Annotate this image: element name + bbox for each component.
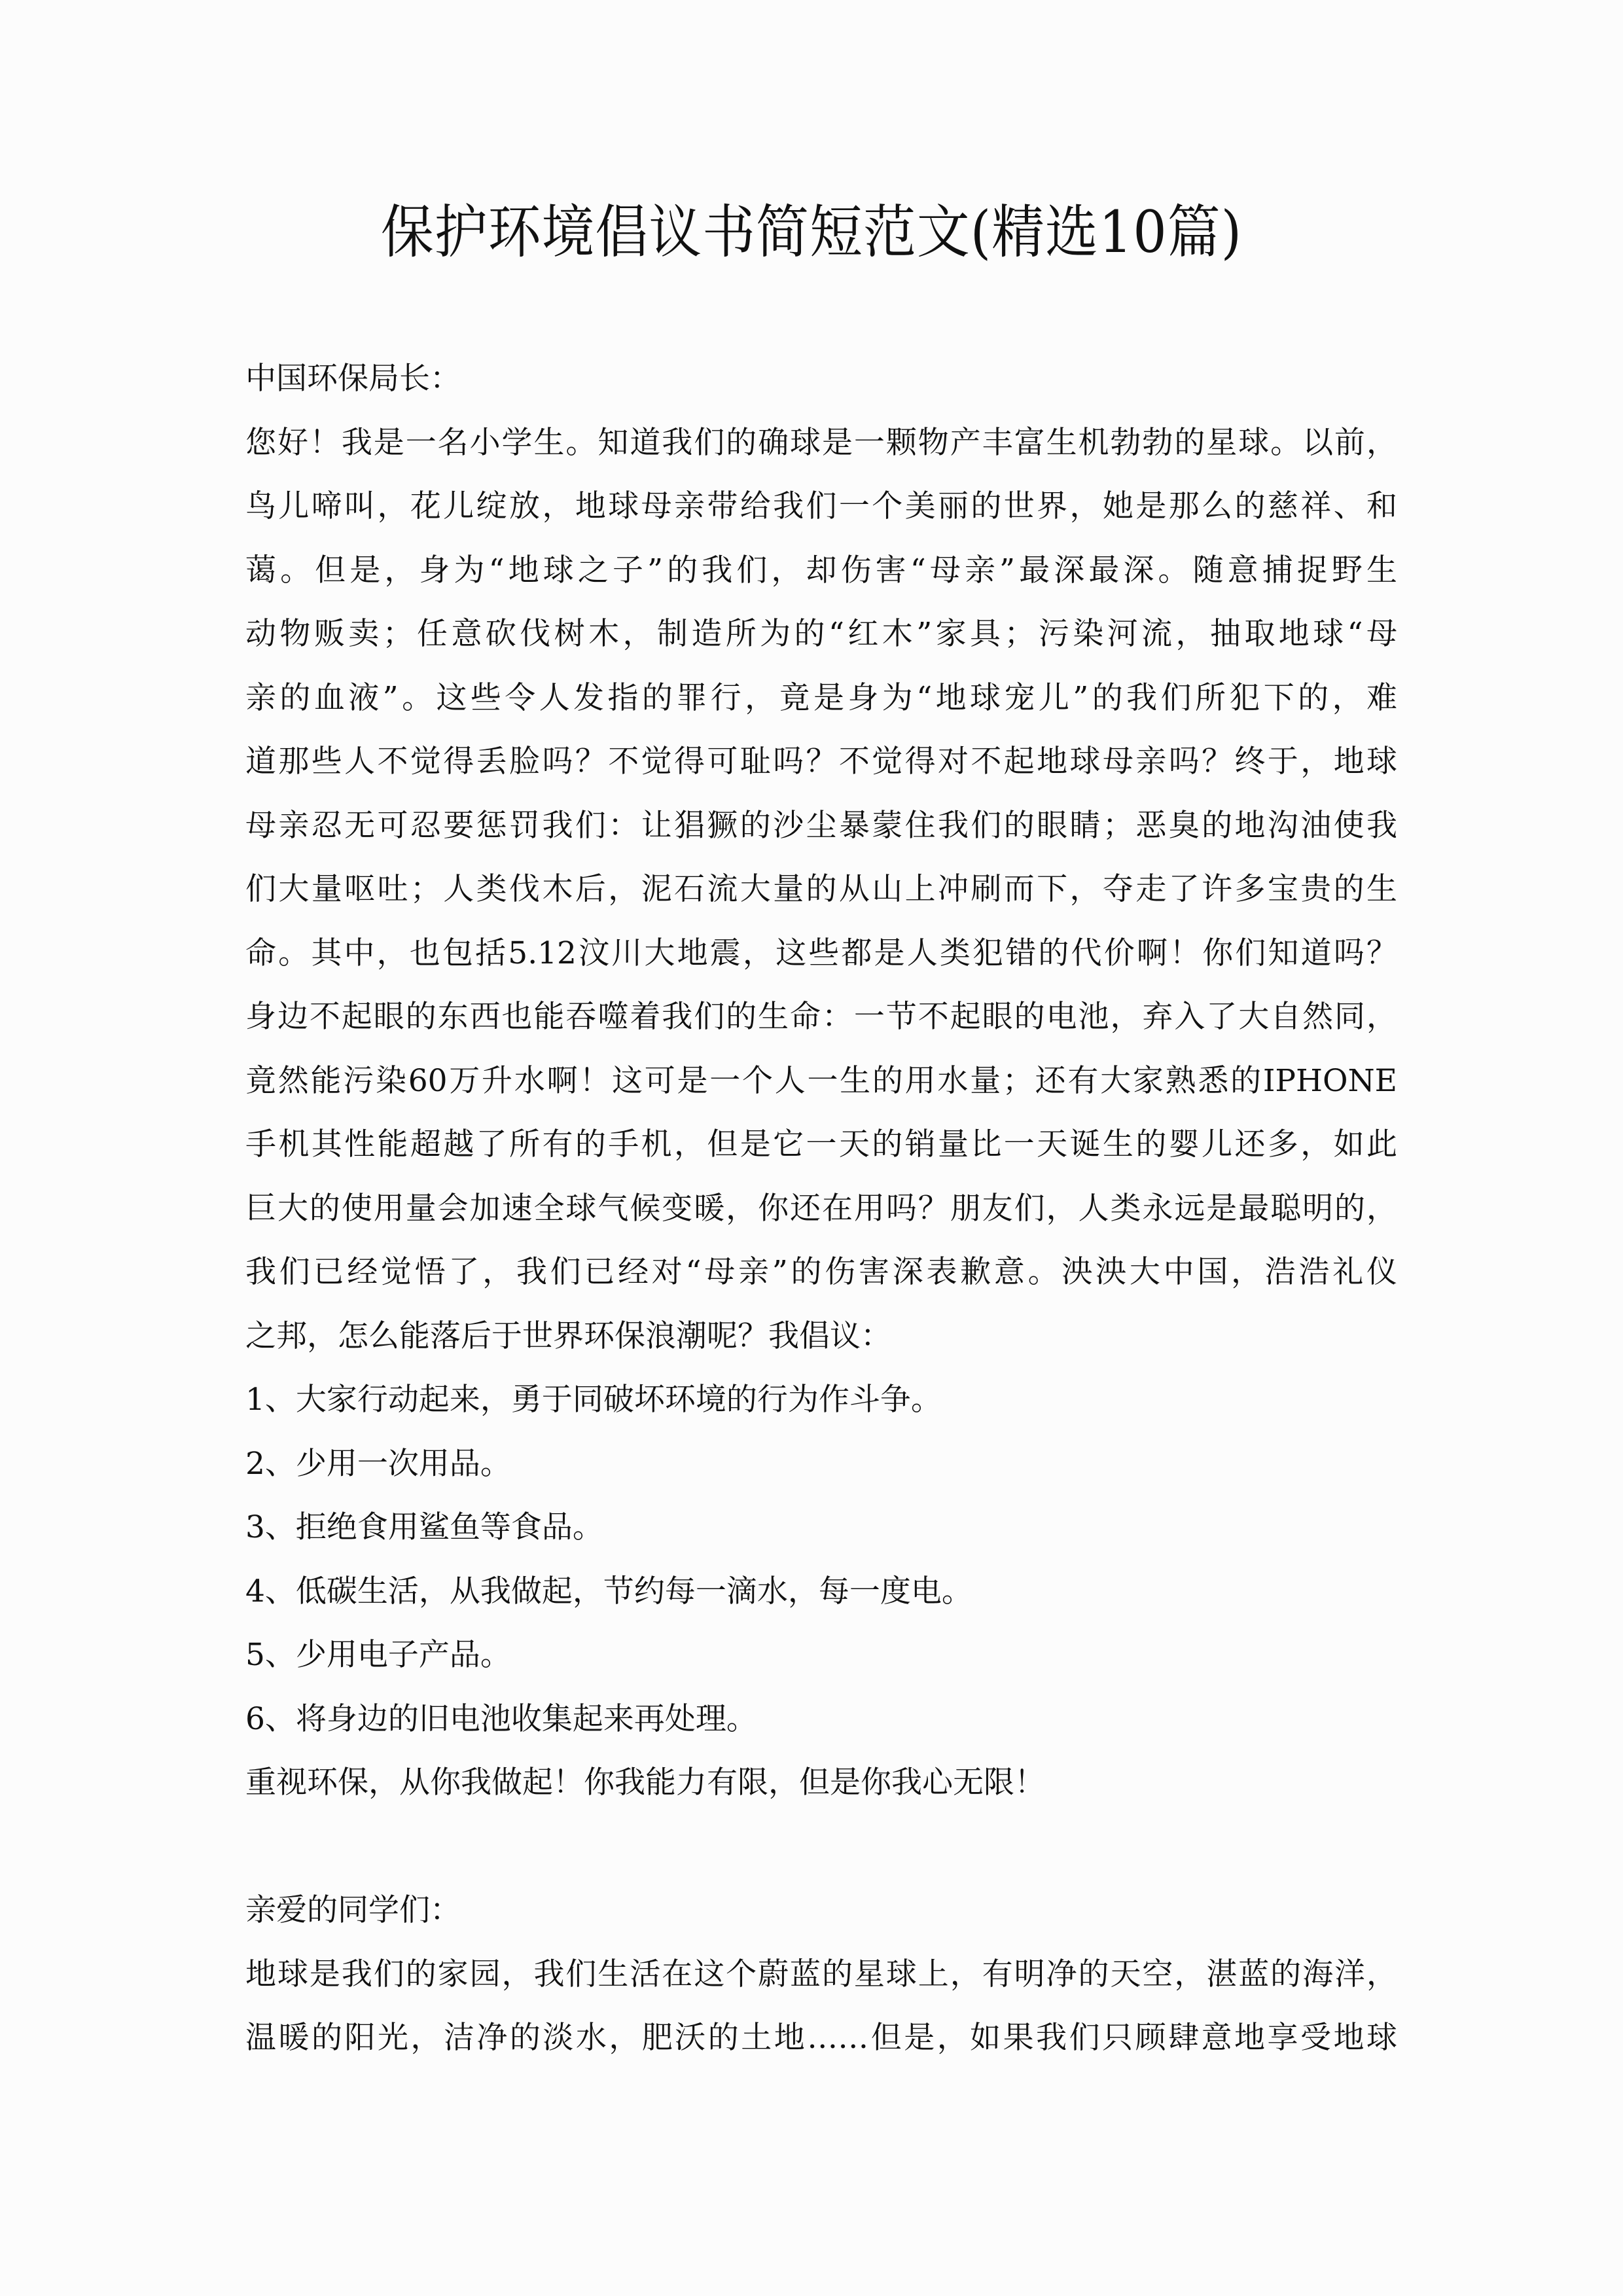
paragraph-line: 巨大的使用量会加速全球气候变暖，你还在用吗？朋友们，人类永远是最聪明的，: [245, 1177, 1397, 1241]
paragraph-line: 地球是我们的家园，我们生活在这个蔚蓝的星球上，有明净的天空，湛蓝的海洋，: [245, 1943, 1397, 2007]
proposal-item: 3、拒绝食用鲨鱼等食品。: [245, 1496, 1397, 1560]
proposal-item: 5、少用电子产品。: [245, 1623, 1397, 1687]
paragraph-line: 鸟儿啼叫，花儿绽放，地球母亲带给我们一个美丽的世界，她是那么的慈祥、和: [245, 475, 1397, 539]
document-title: 保护环境倡议书简短范文(精选10篇): [65, 196, 1558, 268]
paragraph-line: 母亲忍无可忍要惩罚我们：让猖獗的沙尘暴蒙住我们的眼睛；恶臭的地沟油使我: [245, 794, 1397, 858]
proposal-item: 1、大家行动起来，勇于同破坏环境的行为作斗争。: [245, 1368, 1397, 1432]
paragraph-line: 竟然能污染60万升水啊！这可是一个人一生的用水量；还有大家熟悉的IPHONE: [245, 1049, 1397, 1113]
paragraph-line: 身边不起眼的东西也能吞噬着我们的生命：一节不起眼的电池，弃入了大自然同，: [245, 985, 1397, 1049]
paragraph-line: 我们已经觉悟了，我们已经对“母亲”的伤害深表歉意。泱泱大中国，浩浩礼仪: [245, 1240, 1397, 1304]
paragraph-line: 蔼。但是，身为“地球之子”的我们，却伤害“母亲”最深最深。随意捕捉野生: [245, 539, 1397, 603]
paragraph-line: 道那些人不觉得丢脸吗？不觉得可耻吗？不觉得对不起地球母亲吗？终于，地球: [245, 730, 1397, 794]
paragraph-line: 亲的血液”。这些令人发指的罪行，竟是身为“地球宠儿”的我们所犯下的，难: [245, 666, 1397, 730]
section-spacer: [245, 1815, 1397, 1879]
salutation: 中国环保局长：: [245, 347, 1397, 411]
paragraph-line: 您好！我是一名小学生。知道我们的确球是一颗物产丰富生机勃勃的星球。以前，: [245, 411, 1397, 475]
paragraph-line: 动物贩卖；任意砍伐树木，制造所为的“红木”家具；污染河流，抽取地球“母: [245, 602, 1397, 666]
paragraph-line: 们大量呕吐；人类伐木后，泥石流大量的从山上冲刷而下，夺走了许多宝贵的生: [245, 857, 1397, 922]
letter-section-2: 亲爱的同学们： 地球是我们的家园，我们生活在这个蔚蓝的星球上，有明净的天空，湛蓝…: [245, 1878, 1397, 2070]
proposal-item: 4、低碳生活，从我做起，节约每一滴水，每一度电。: [245, 1560, 1397, 1624]
proposal-item: 2、少用一次用品。: [245, 1432, 1397, 1496]
paragraph-line: 命。其中，也包括5.12汶川大地震，这些都是人类犯错的代价啊！你们知道吗？: [245, 922, 1397, 986]
closing-line: 重视环保，从你我做起！你我能力有限，但是你我心无限！: [245, 1751, 1397, 1815]
paragraph-line: 手机其性能超越了所有的手机，但是它一天的销量比一天诞生的婴儿还多，如此: [245, 1113, 1397, 1177]
salutation: 亲爱的同学们：: [245, 1878, 1397, 1943]
proposal-list: 1、大家行动起来，勇于同破坏环境的行为作斗争。 2、少用一次用品。 3、拒绝食用…: [245, 1368, 1397, 1751]
proposal-item: 6、将身边的旧电池收集起来再处理。: [245, 1687, 1397, 1751]
paragraph-line: 之邦，怎么能落后于世界环保浪潮呢？我倡议：: [245, 1304, 1397, 1369]
document-page: 保护环境倡议书简短范文(精选10篇) 中国环保局长： 您好！我是一名小学生。知道…: [0, 0, 1623, 2296]
document-body: 中国环保局长： 您好！我是一名小学生。知道我们的确球是一颗物产丰富生机勃勃的星球…: [245, 347, 1397, 2070]
letter-section-1: 中国环保局长： 您好！我是一名小学生。知道我们的确球是一颗物产丰富生机勃勃的星球…: [245, 347, 1397, 1815]
paragraph-line: 温暖的阳光，洁净的淡水，肥沃的土地……但是，如果我们只顾肆意地享受地球: [245, 2006, 1397, 2070]
